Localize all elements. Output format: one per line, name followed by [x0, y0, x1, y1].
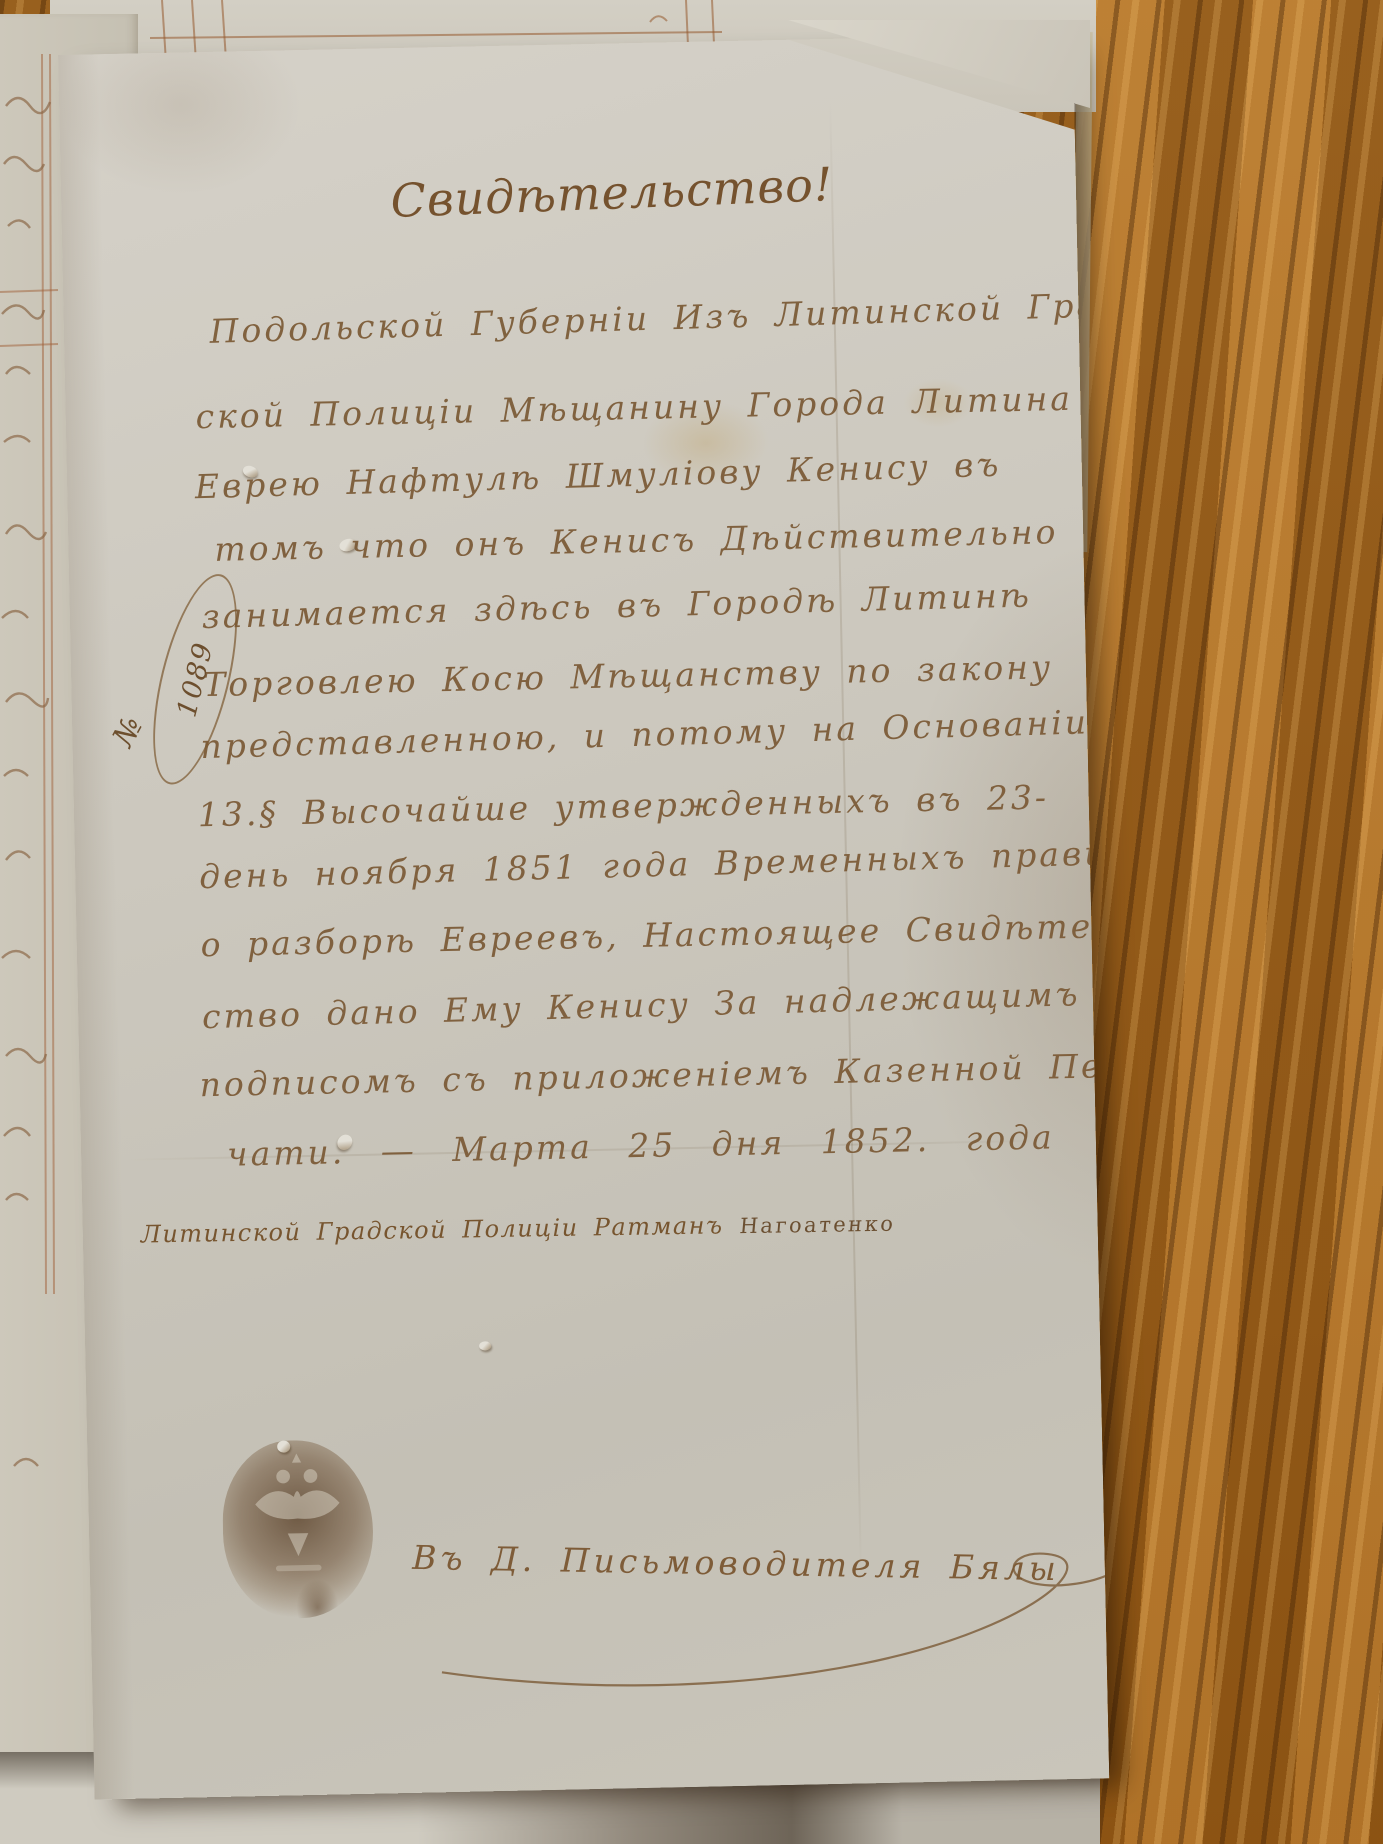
body-line-3: Еврею Нафтулѣ Шмуліову Кенису въ: [194, 445, 1001, 507]
double-headed-eagle-icon: [239, 1449, 356, 1601]
certificate-sheet: Свидѣтельство! Подольской Губерніи Изъ Л…: [58, 34, 1109, 1800]
signature-flourish: [419, 1537, 1162, 1722]
body-line-6: Торговлею Косю Мѣщанству по закону: [203, 647, 1054, 704]
body-line-11: ство дано Ему Кенису За надлежащимъ: [202, 974, 1081, 1036]
photographed-certificate-scene: Свидѣтельство! Подольской Губерніи Изъ Л…: [0, 0, 1383, 1844]
body-line-12: подписомъ съ приложеніемъ Казенной Пе-: [199, 1046, 1118, 1104]
registration-number: 1089: [171, 638, 219, 720]
numero-sign: №: [106, 711, 150, 753]
body-line-13-date: чати. — Марта 25 дня 1852. года: [227, 1117, 1055, 1173]
body-line-10: о разборѣ Евреевъ, Настоящее Свидѣтель-: [200, 905, 1152, 964]
issuer-title-text: Литинской Градской Полиціи Ратманъ: [141, 1211, 724, 1248]
body-line-5: занимается здѣсь въ Городѣ Литинѣ: [201, 575, 1032, 636]
issuer-signature-line: Литинской Градской Полиціи РатманъНагоат…: [141, 1209, 896, 1249]
body-line-2: ской Полиціи Мѣщанину Города Литина: [195, 379, 1073, 436]
body-line-1: Подольской Губерніи Изъ Литинской Град-: [209, 284, 1138, 351]
issuer-name-signature: Нагоатенко: [738, 1212, 896, 1238]
body-line-9: день ноября 1851 года Временныхъ правилъ: [199, 832, 1158, 896]
ink-seal-stamp: [221, 1439, 375, 1620]
body-line-7: представленною, и потому на Основаніи: [200, 702, 1090, 766]
paper-blemish: [479, 1341, 491, 1350]
body-line-4: томъ что онъ Кенисъ Дѣйствительно: [214, 512, 1059, 569]
certificate-title: Свидѣтельство!: [390, 157, 835, 228]
body-line-8: 13.§ Высочайше утвержденныхъ въ 23-: [198, 777, 1050, 834]
